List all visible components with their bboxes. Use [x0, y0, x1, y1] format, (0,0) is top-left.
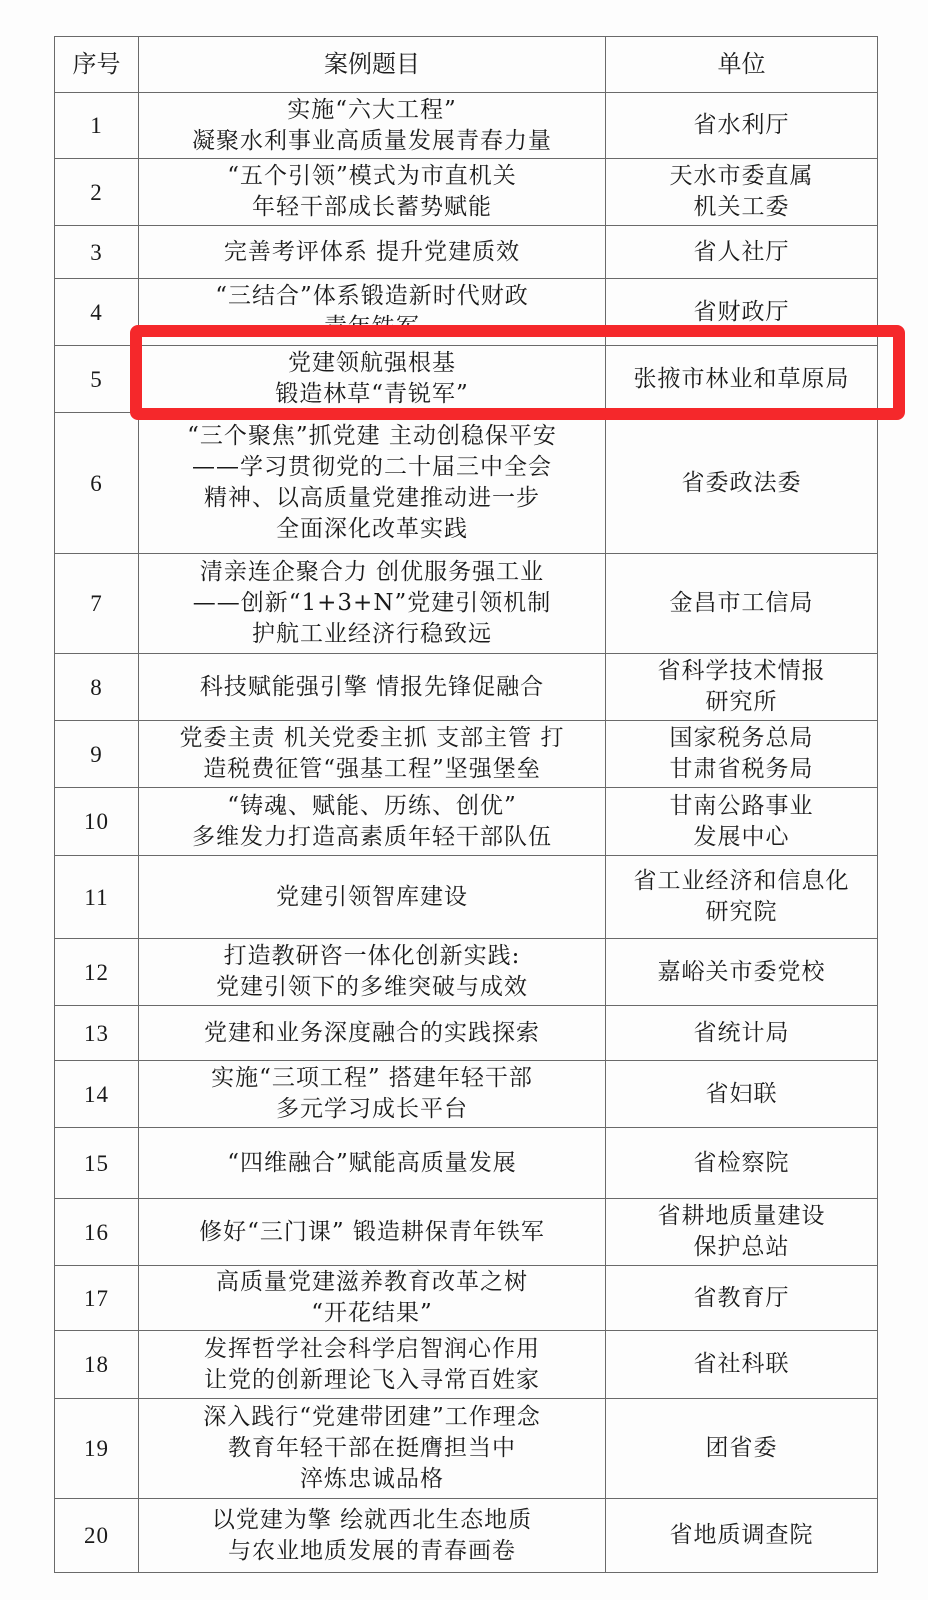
unit-cell: 国家税务总局甘肃省税务局: [606, 721, 878, 788]
row-number: 10: [55, 788, 139, 856]
case-title-cell: 发挥哲学社会科学启智润心作用让党的创新理论飞入寻常百姓家: [139, 1331, 606, 1399]
row-number: 15: [55, 1128, 139, 1199]
table-row: 19深入践行“党建带团建”工作理念教育年轻干部在挺膺担当中淬炼忠诚品格团省委: [55, 1399, 878, 1499]
case-title-line: 党建引领下的多维突破与成效: [143, 972, 601, 1003]
case-title-line: 造税费征管“强基工程”坚强堡垒: [143, 754, 601, 785]
row-number: 5: [55, 346, 139, 413]
case-title-cell: 实施“三项工程” 搭建年轻干部多元学习成长平台: [139, 1061, 606, 1128]
row-number: 14: [55, 1061, 139, 1128]
table-row: 6“三个聚焦”抓党建 主动创稳保平安——学习贯彻党的二十届三中全会精神、以高质量…: [55, 413, 878, 554]
unit-cell: 省委政法委: [606, 413, 878, 554]
table-row: 7清亲连企聚合力 创优服务强工业——创新“1+3+N”党建引领机制护航工业经济行…: [55, 554, 878, 654]
case-title-line: 科技赋能强引擎 情报先锋促融合: [143, 672, 601, 703]
unit-line: 省耕地质量建设: [610, 1201, 873, 1232]
case-title-cell: 以党建为擎 绘就西北生态地质与农业地质发展的青春画卷: [139, 1499, 606, 1573]
row-number: 13: [55, 1006, 139, 1061]
row-number: 16: [55, 1199, 139, 1266]
row-number: 2: [55, 159, 139, 226]
case-title-line: 年轻干部成长蓄势赋能: [143, 192, 601, 223]
case-title-line: 党建引领智库建设: [143, 882, 601, 913]
unit-cell: 金昌市工信局: [606, 554, 878, 654]
case-title-line: 高质量党建滋养教育改革之树: [143, 1267, 601, 1298]
unit-line: 国家税务总局: [610, 723, 873, 754]
unit-line: 甘肃省税务局: [610, 754, 873, 785]
case-title-line: 清亲连企聚合力 创优服务强工业: [143, 557, 601, 588]
unit-cell: 省地质调查院: [606, 1499, 878, 1573]
case-title-line: 淬炼忠诚品格: [143, 1464, 601, 1495]
case-title-cell: 科技赋能强引擎 情报先锋促融合: [139, 654, 606, 721]
table-row: 13党建和业务深度融合的实践探索省统计局: [55, 1006, 878, 1061]
unit-line: 研究所: [610, 687, 873, 718]
row-number: 1: [55, 93, 139, 159]
case-title-line: 护航工业经济行稳致远: [143, 619, 601, 650]
case-title-cell: 实施“六大工程”凝聚水利事业高质量发展青春力量: [139, 93, 606, 159]
unit-line: 省社科联: [610, 1349, 873, 1380]
unit-line: 省妇联: [610, 1079, 873, 1110]
case-title-line: “三个聚焦”抓党建 主动创稳保平安: [143, 421, 601, 452]
unit-cell: 省工业经济和信息化研究院: [606, 856, 878, 939]
unit-line: 省财政厅: [610, 297, 873, 328]
unit-line: 团省委: [610, 1433, 873, 1464]
table-row: 15“四维融合”赋能高质量发展省检察院: [55, 1128, 878, 1199]
table-row: 20以党建为擎 绘就西北生态地质与农业地质发展的青春画卷省地质调查院: [55, 1499, 878, 1573]
unit-line: 省科学技术情报: [610, 656, 873, 687]
case-title-line: 党建领航强根基: [143, 348, 601, 379]
table-row: 1实施“六大工程”凝聚水利事业高质量发展青春力量省水利厅: [55, 93, 878, 159]
case-title-cell: 高质量党建滋养教育改革之树“开花结果”: [139, 1266, 606, 1331]
case-title-line: “铸魂、赋能、历练、创优”: [143, 791, 601, 822]
case-title-line: 与农业地质发展的青春画卷: [143, 1536, 601, 1567]
case-title-cell: 修好“三门课” 锻造耕保青年铁军: [139, 1199, 606, 1266]
header-case-title: 案例题目: [139, 37, 606, 93]
table-row: 2“五个引领”模式为市直机关年轻干部成长蓄势赋能天水市委直属机关工委: [55, 159, 878, 226]
unit-line: 省水利厅: [610, 110, 873, 141]
case-title-line: 党委主责 机关党委主抓 支部主管 打: [143, 723, 601, 754]
case-title-cell: “三结合”体系锻造新时代财政青年铁军: [139, 279, 606, 346]
unit-line: 张掖市林业和草原局: [610, 364, 873, 395]
row-number: 9: [55, 721, 139, 788]
table-row: 17高质量党建滋养教育改革之树“开花结果”省教育厅: [55, 1266, 878, 1331]
case-title-line: 以党建为擎 绘就西北生态地质: [143, 1505, 601, 1536]
unit-line: 省检察院: [610, 1148, 873, 1179]
unit-cell: 省人社厅: [606, 226, 878, 279]
case-title-line: 实施“六大工程”: [143, 95, 601, 126]
table-row: 12打造教研咨一体化创新实践:党建引领下的多维突破与成效嘉峪关市委党校: [55, 939, 878, 1006]
case-title-line: “三结合”体系锻造新时代财政: [143, 281, 601, 312]
unit-cell: 省检察院: [606, 1128, 878, 1199]
table-row: 4“三结合”体系锻造新时代财政青年铁军省财政厅: [55, 279, 878, 346]
unit-cell: 甘南公路事业发展中心: [606, 788, 878, 856]
table-row: 10“铸魂、赋能、历练、创优”多维发力打造高素质年轻干部队伍甘南公路事业发展中心: [55, 788, 878, 856]
case-title-cell: 党委主责 机关党委主抓 支部主管 打造税费征管“强基工程”坚强堡垒: [139, 721, 606, 788]
unit-line: 甘南公路事业: [610, 791, 873, 822]
table-row: 3完善考评体系 提升党建质效省人社厅: [55, 226, 878, 279]
unit-line: 省统计局: [610, 1018, 873, 1049]
case-title-cell: 清亲连企聚合力 创优服务强工业——创新“1+3+N”党建引领机制护航工业经济行稳…: [139, 554, 606, 654]
table-body: 1实施“六大工程”凝聚水利事业高质量发展青春力量省水利厅2“五个引领”模式为市直…: [55, 93, 878, 1573]
table-header-row: 序号 案例题目 单位: [55, 37, 878, 93]
table-row: 8科技赋能强引擎 情报先锋促融合省科学技术情报研究所: [55, 654, 878, 721]
case-title-line: 实施“三项工程” 搭建年轻干部: [143, 1063, 601, 1094]
case-title-cell: 党建领航强根基锻造林草“青锐军”: [139, 346, 606, 413]
case-title-line: 全面深化改革实践: [143, 514, 601, 545]
unit-cell: 省统计局: [606, 1006, 878, 1061]
table-row: 18发挥哲学社会科学启智润心作用让党的创新理论飞入寻常百姓家省社科联: [55, 1331, 878, 1399]
case-title-line: 完善考评体系 提升党建质效: [143, 237, 601, 268]
case-title-line: ——创新“1+3+N”党建引领机制: [143, 588, 601, 619]
row-number: 19: [55, 1399, 139, 1499]
table-row: 16修好“三门课” 锻造耕保青年铁军省耕地质量建设保护总站: [55, 1199, 878, 1266]
unit-line: 保护总站: [610, 1232, 873, 1263]
unit-cell: 省水利厅: [606, 93, 878, 159]
unit-line: 发展中心: [610, 822, 873, 853]
unit-line: 省教育厅: [610, 1283, 873, 1314]
unit-cell: 省教育厅: [606, 1266, 878, 1331]
case-title-line: 让党的创新理论飞入寻常百姓家: [143, 1365, 601, 1396]
case-title-line: 多元学习成长平台: [143, 1094, 601, 1125]
row-number: 17: [55, 1266, 139, 1331]
row-number: 4: [55, 279, 139, 346]
header-number: 序号: [55, 37, 139, 93]
unit-cell: 嘉峪关市委党校: [606, 939, 878, 1006]
row-number: 20: [55, 1499, 139, 1573]
table-row: 11党建引领智库建设省工业经济和信息化研究院: [55, 856, 878, 939]
unit-line: 研究院: [610, 897, 873, 928]
case-title-cell: 完善考评体系 提升党建质效: [139, 226, 606, 279]
table-row: 9党委主责 机关党委主抓 支部主管 打造税费征管“强基工程”坚强堡垒国家税务总局…: [55, 721, 878, 788]
case-title-line: 青年铁军: [143, 312, 601, 343]
case-title-line: 教育年轻干部在挺膺担当中: [143, 1433, 601, 1464]
row-number: 18: [55, 1331, 139, 1399]
row-number: 7: [55, 554, 139, 654]
row-number: 8: [55, 654, 139, 721]
unit-line: 金昌市工信局: [610, 588, 873, 619]
unit-line: 嘉峪关市委党校: [610, 957, 873, 988]
case-title-line: ——学习贯彻党的二十届三中全会: [143, 452, 601, 483]
unit-cell: 省科学技术情报研究所: [606, 654, 878, 721]
case-title-line: 凝聚水利事业高质量发展青春力量: [143, 126, 601, 157]
case-title-line: 发挥哲学社会科学启智润心作用: [143, 1334, 601, 1365]
unit-line: 省地质调查院: [610, 1520, 873, 1551]
case-title-line: 精神、以高质量党建推动进一步: [143, 483, 601, 514]
case-table: 序号 案例题目 单位 1实施“六大工程”凝聚水利事业高质量发展青春力量省水利厅2…: [54, 36, 878, 1573]
case-title-line: “开花结果”: [143, 1298, 601, 1329]
case-title-cell: 打造教研咨一体化创新实践:党建引领下的多维突破与成效: [139, 939, 606, 1006]
case-title-line: “五个引领”模式为市直机关: [143, 161, 601, 192]
row-number: 6: [55, 413, 139, 554]
unit-line: 天水市委直属: [610, 161, 873, 192]
unit-cell: 省财政厅: [606, 279, 878, 346]
unit-cell: 省社科联: [606, 1331, 878, 1399]
row-number: 11: [55, 856, 139, 939]
case-title-cell: 党建引领智库建设: [139, 856, 606, 939]
case-title-line: “四维融合”赋能高质量发展: [143, 1148, 601, 1179]
document-page: 序号 案例题目 单位 1实施“六大工程”凝聚水利事业高质量发展青春力量省水利厅2…: [0, 0, 928, 1600]
table-row: 5党建领航强根基锻造林草“青锐军”张掖市林业和草原局: [55, 346, 878, 413]
row-number: 12: [55, 939, 139, 1006]
case-title-cell: 党建和业务深度融合的实践探索: [139, 1006, 606, 1061]
case-title-line: 修好“三门课” 锻造耕保青年铁军: [143, 1217, 601, 1248]
unit-cell: 团省委: [606, 1399, 878, 1499]
case-title-cell: “三个聚焦”抓党建 主动创稳保平安——学习贯彻党的二十届三中全会精神、以高质量党…: [139, 413, 606, 554]
case-title-line: 打造教研咨一体化创新实践:: [143, 941, 601, 972]
case-title-cell: “五个引领”模式为市直机关年轻干部成长蓄势赋能: [139, 159, 606, 226]
table-row: 14实施“三项工程” 搭建年轻干部多元学习成长平台省妇联: [55, 1061, 878, 1128]
header-unit: 单位: [606, 37, 878, 93]
unit-line: 机关工委: [610, 192, 873, 223]
unit-line: 省委政法委: [610, 468, 873, 499]
case-title-cell: 深入践行“党建带团建”工作理念教育年轻干部在挺膺担当中淬炼忠诚品格: [139, 1399, 606, 1499]
row-number: 3: [55, 226, 139, 279]
unit-cell: 天水市委直属机关工委: [606, 159, 878, 226]
case-title-cell: “铸魂、赋能、历练、创优”多维发力打造高素质年轻干部队伍: [139, 788, 606, 856]
unit-line: 省人社厅: [610, 237, 873, 268]
unit-cell: 省耕地质量建设保护总站: [606, 1199, 878, 1266]
case-title-line: 多维发力打造高素质年轻干部队伍: [143, 822, 601, 853]
case-title-line: 深入践行“党建带团建”工作理念: [143, 1402, 601, 1433]
unit-line: 省工业经济和信息化: [610, 866, 873, 897]
unit-cell: 张掖市林业和草原局: [606, 346, 878, 413]
case-title-cell: “四维融合”赋能高质量发展: [139, 1128, 606, 1199]
case-title-line: 党建和业务深度融合的实践探索: [143, 1018, 601, 1049]
case-title-line: 锻造林草“青锐军”: [143, 379, 601, 410]
unit-cell: 省妇联: [606, 1061, 878, 1128]
